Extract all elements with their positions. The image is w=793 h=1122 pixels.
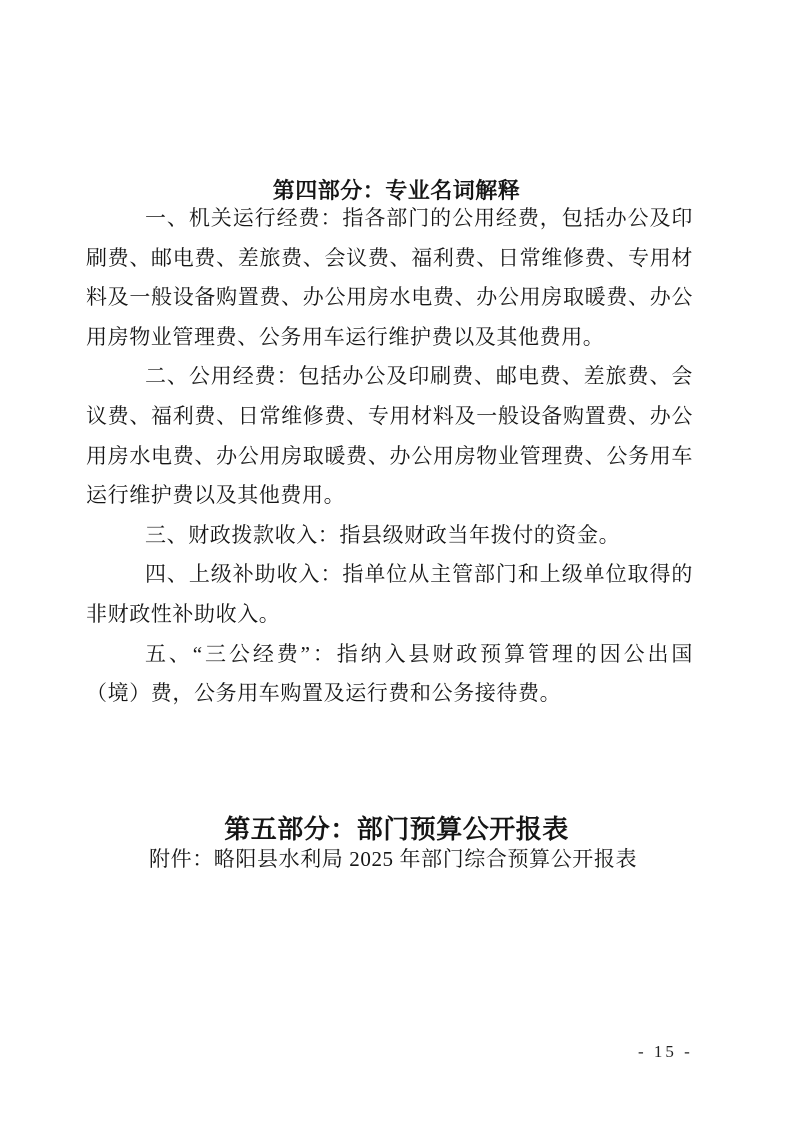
definition-paragraph-2: 二、公用经费：包括办公及印刷费、邮电费、差旅费、会议费、福利费、日常维修费、专用… xyxy=(86,357,693,515)
definition-paragraph-3: 三、财政拨款收入：指县级财政当年拨付的资金。 xyxy=(86,516,693,556)
page-number: - 15 - xyxy=(638,1042,693,1062)
section-4-body: 一、机关运行经费：指各部门的公用经费，包括办公及印刷费、邮电费、差旅费、会议费、… xyxy=(86,199,693,714)
document-page: 第四部分：专业名词解释 一、机关运行经费：指各部门的公用经费，包括办公及印刷费、… xyxy=(0,0,793,1122)
attachment-line: 附件：略阳县水利局 2025 年部门综合预算公开报表 xyxy=(86,843,693,875)
definition-paragraph-5: 五、“三公经费”：指纳入县财政预算管理的因公出国（境）费，公务用车购置及运行费和… xyxy=(86,635,693,714)
definition-paragraph-4: 四、上级补助收入：指单位从主管部门和上级单位取得的非财政性补助收入。 xyxy=(86,555,693,634)
definition-paragraph-1: 一、机关运行经费：指各部门的公用经费，包括办公及印刷费、邮电费、差旅费、会议费、… xyxy=(86,199,693,357)
